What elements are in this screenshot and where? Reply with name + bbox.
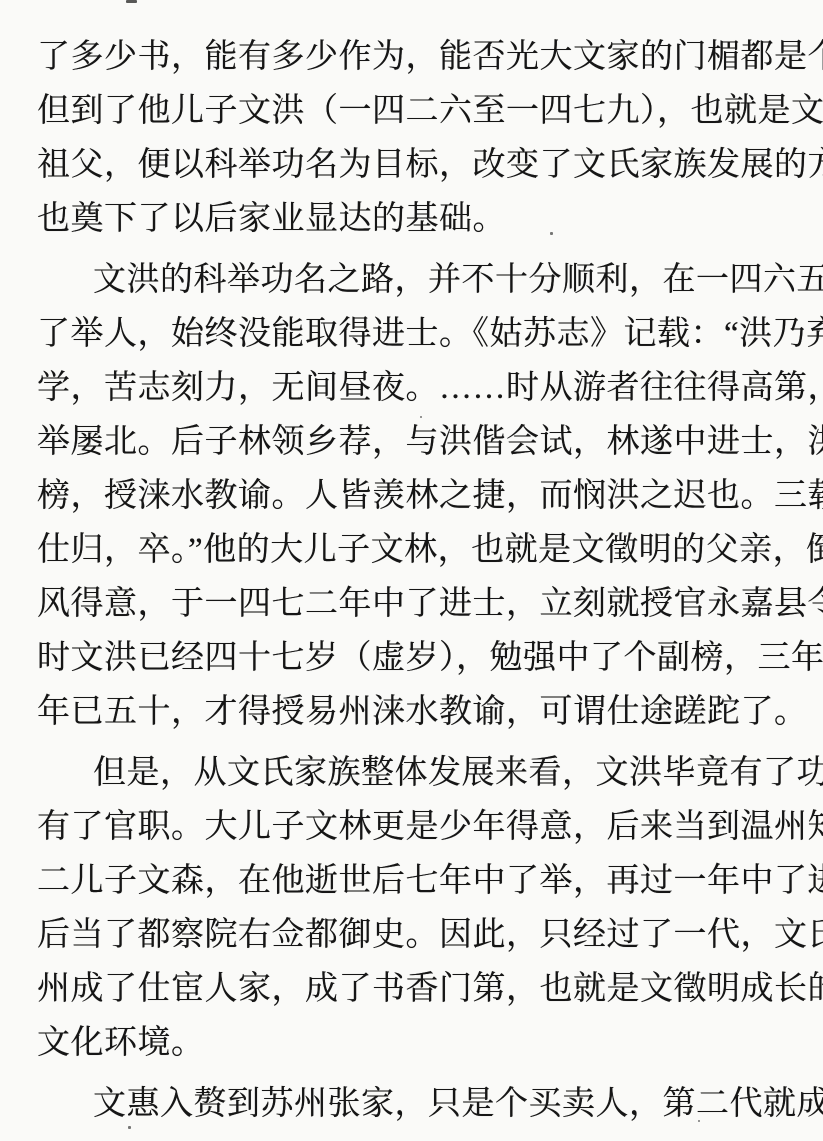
text-line: 二儿子文森，在他逝世后七年中了举，再过一年中了进士，最 — [37, 854, 791, 908]
text-line: 文惠入赘到苏州张家，只是个买卖人，第二代就成了读 — [37, 1077, 791, 1131]
text-line: 祖父，便以科举功名为目标，改变了文氏家族发展的方向， — [37, 138, 791, 192]
text-line: 榜，授涞水教谕。人皆羡林之捷，而悯洪之迟也。三载，致 — [37, 469, 791, 523]
text-line: 年已五十，才得授易州涞水教谕，可谓仕途蹉跎了。 — [37, 685, 791, 739]
scan-speckle — [126, 0, 137, 3]
text-line: 州成了仕宦人家，成了书香门第，也就是文徵明成长的家庭 — [37, 962, 791, 1016]
text-line: 了多少书，能有多少作为，能否光大文家的门楣都是个问题。 — [37, 30, 791, 84]
paragraph-2: 文洪的科举功名之路，并不十分顺利，在一四六五年中 了举人，始终没能取得进士。《姑… — [37, 253, 791, 739]
paragraph-4: 文惠入赘到苏州张家，只是个买卖人，第二代就成了读 — [37, 1077, 791, 1131]
text-line: 举屡北。后子林领乡荐，与洪偕会试，林遂中进士，洪在副 — [37, 415, 791, 469]
text-line: 但是，从文氏家族整体发展来看，文洪毕竟有了功名， — [37, 746, 791, 800]
scanned-page: 了多少书，能有多少作为，能否光大文家的门楣都是个问题。 但到了他儿子文洪（一四二… — [0, 0, 823, 1141]
text-line: 文化环境。 — [37, 1016, 791, 1070]
text-line: 时文洪已经四十七岁（虚岁），勉强中了个副榜，三年以后， — [37, 631, 791, 685]
page-text-block: 了多少书，能有多少作为，能否光大文家的门楣都是个问题。 但到了他儿子文洪（一四二… — [37, 30, 791, 1138]
text-line: 学，苦志刻力，无间昼夜。……时从游者往往得高第，洪屡 — [37, 361, 791, 415]
text-line: 文洪的科举功名之路，并不十分顺利，在一四六五年中 — [37, 253, 791, 307]
text-line: 了举人，始终没能取得进士。《姑苏志》记载：“洪乃弃武就 — [37, 307, 791, 361]
scan-speckle — [812, 542, 814, 544]
text-line: 后当了都察院右佥都御史。因此，只经过了一代，文氏在苏 — [37, 908, 791, 962]
text-line: 也奠下了以后家业显达的基础。 — [37, 192, 791, 246]
scan-speckle — [128, 1126, 131, 1129]
paragraph-1: 了多少书，能有多少作为，能否光大文家的门楣都是个问题。 但到了他儿子文洪（一四二… — [37, 30, 791, 246]
paragraph-3: 但是，从文氏家族整体发展来看，文洪毕竟有了功名， 有了官职。大儿子文林更是少年得… — [37, 746, 791, 1070]
scan-speckle — [550, 232, 553, 235]
scan-speckle — [420, 416, 422, 418]
text-line: 有了官职。大儿子文林更是少年得意，后来当到温州知府。 — [37, 800, 791, 854]
text-line: 但到了他儿子文洪（一四二六至一四七九），也就是文徵明的 — [37, 84, 791, 138]
text-line: 风得意，于一四七二年中了进士，立刻就授官永嘉县令。此 — [37, 577, 791, 631]
text-line: 仕归，卒。”他的大儿子文林，也就是文徵明的父亲，倒是春 — [37, 523, 791, 577]
scan-speckle — [698, 1120, 700, 1122]
